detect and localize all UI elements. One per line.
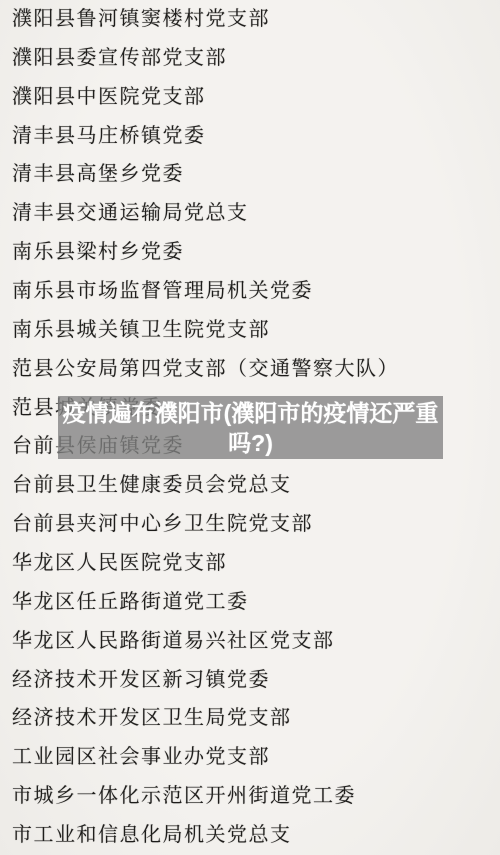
list-line: 华龙区人民医院党支部: [12, 544, 500, 583]
caption-title: 疫情遍布濮阳市(濮阳市的疫情还严重吗?): [58, 398, 443, 458]
list-line: 经济技术开发区新习镇党委: [12, 661, 500, 700]
list-line: 清丰县高堡乡党委: [12, 155, 500, 194]
list-line: 清丰县交通运输局党总支: [12, 194, 500, 233]
list-line: 濮阳县中医院党支部: [12, 78, 500, 117]
list-line: 台前县卫生健康委员会党总支: [12, 466, 500, 505]
list-line: 南乐县梁村乡党委: [12, 233, 500, 272]
list-line: 濮阳县委宣传部党支部: [12, 39, 500, 78]
list-line: 范县公安局第四党支部（交通警察大队）: [12, 350, 500, 389]
list-line: 清丰县马庄桥镇党委: [12, 117, 500, 156]
list-line: 南乐县城关镇卫生院党支部: [12, 311, 500, 350]
list-line: 华龙区人民路街道易兴社区党支部: [12, 622, 500, 661]
scanned-document-page: 濮阳县鲁河镇窦楼村党支部濮阳县委宣传部党支部濮阳县中医院党支部清丰县马庄桥镇党委…: [0, 0, 500, 855]
list-line: 市城乡一体化示范区开州街道党工委: [12, 777, 500, 816]
list-line: 市工业和信息化局机关党总支: [12, 816, 500, 855]
list-line: 台前县夹河中心乡卫生院党支部: [12, 505, 500, 544]
caption-overlay: 疫情遍布濮阳市(濮阳市的疫情还严重吗?): [58, 396, 443, 459]
list-line: 南乐县市场监督管理局机关党委: [12, 272, 500, 311]
list-line: 经济技术开发区卫生局党支部: [12, 699, 500, 738]
list-line: 工业园区社会事业办党支部: [12, 738, 500, 777]
list-line: 华龙区任丘路街道党工委: [12, 583, 500, 622]
list-line: 濮阳县鲁河镇窦楼村党支部: [12, 0, 500, 39]
